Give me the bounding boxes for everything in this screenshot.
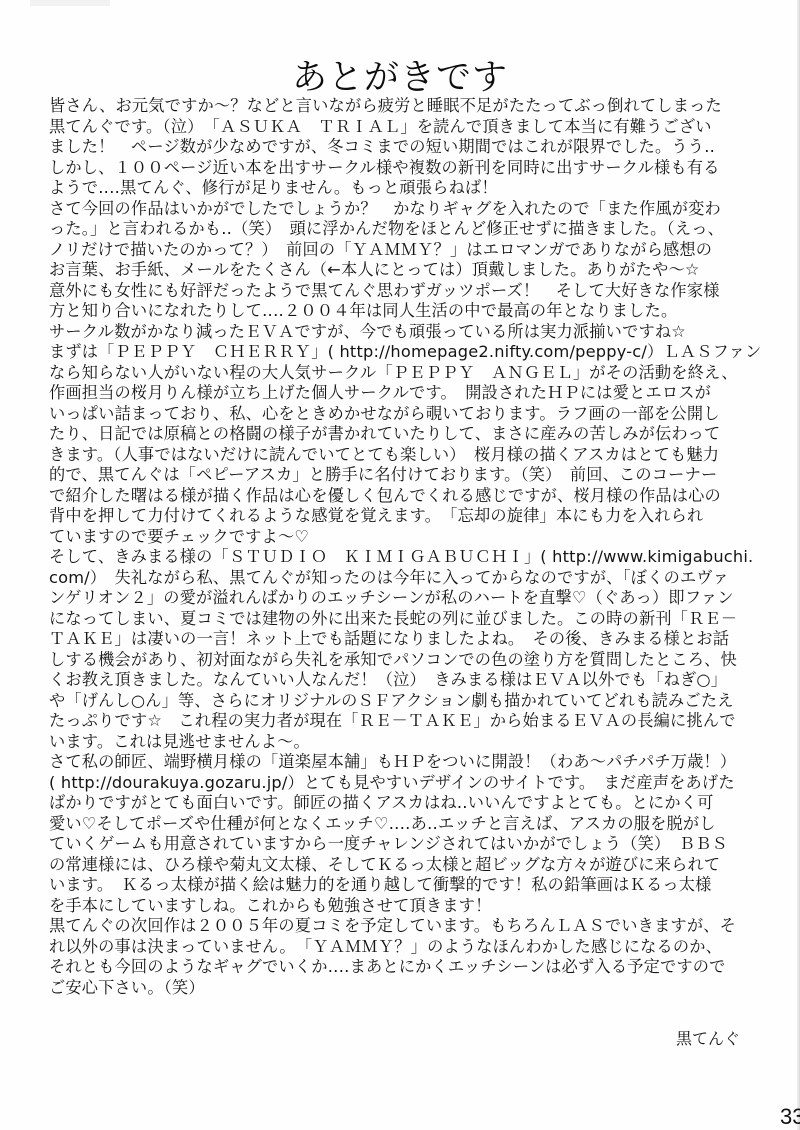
text-line: 的で、黒てんぐは「ペピーアスカ」と勝手に名付けております。（笑） 前回、このコー…: [49, 465, 769, 486]
text-line: お言葉、お手紙、メールをたくさん（←本人にとっては）頂戴しました。ありがたや～☆: [49, 260, 769, 281]
text-line: 意外にも女性にも好評だったようで黒てんぐ思わずガッツポーズ！ そして大好きな作家…: [49, 281, 769, 302]
text-line: れ以外の事は決まっていません。 「ＹＡＭＭＹ？」のようなほんわかした感じになるの…: [49, 937, 769, 958]
text-line: 黒てんぐです。（泣） 「ＡＳＵＫＡ ＴＲＩＡＬ」を読んで頂きまして本当に有難うご…: [49, 117, 769, 138]
author-signature: 黒てんぐ: [676, 1028, 740, 1050]
scan-artifact: [30, 0, 110, 6]
text-line: ました！ ページ数が少なめですが、冬コミまでの短い期間ではこれが限界でした。うう…: [49, 137, 769, 158]
text-line: さて私の師匠、端野横月様の「道楽屋本舗」もＨＰをついに開設！（わあ～パチパチ万歳…: [49, 752, 769, 773]
text-line: ていますので要チェックですよ～♡: [49, 527, 769, 548]
text-line: サークル数がかなり減ったＥＶＡですが、今でも頑張っている所は実力派揃いですね☆: [49, 322, 769, 343]
text-line: になってしまい、夏コミでは建物の外に出来た長蛇の列に並びました。この時の新刊「Ｒ…: [49, 609, 769, 630]
text-line: たり、日記では原稿との格闘の様子が書かれていたりして、まさに産みの苦しみが伝わっ…: [49, 424, 769, 445]
afterword-body: 皆さん、お元気ですか～？などと言いながら疲労と睡眠不足がたたってぶっ倒れてしまっ…: [49, 96, 769, 998]
text-line: 黒てんぐの次回作は２００５年の夏コミを予定しています。もちろんＬＡＳでいきますが…: [49, 916, 769, 937]
text-line: ていくゲームも用意されていますから一度チャレンジされてはいかがでしょう（笑） Ｂ…: [49, 834, 769, 855]
text-line: ようで‥‥黒てんぐ、修行が足りません。もっと頑張らねば！: [49, 178, 769, 199]
text-line: ばかりですがとても面白いです。師匠の描くアスカはね‥いいんですよとても。とにかく…: [49, 793, 769, 814]
text-line: を手本にしていますしね。これからも勉強させて頂きます！: [49, 896, 769, 917]
page-number: 33: [780, 1104, 800, 1130]
afterword-page: あとがきです 皆さん、お元気ですか～？などと言いながら疲労と睡眠不足がたたってぶ…: [0, 0, 800, 1130]
text-line: で紹介した曙はる様が描く作品は心を優しく包んでくれる感じですが、桜月様の作品は心…: [49, 486, 769, 507]
text-line: それとも今回のようなギャグでいくか‥‥まあとにかくエッチシーンは必ず入る予定です…: [49, 957, 769, 978]
text-line: しする機会があり、初対面ながら失礼を承知でパソコンでの色の塗り方を質問したところ…: [49, 650, 769, 671]
text-line: 背中を押して力付けてくれるような感覚を覚えます。 「忘却の旋律」本にも力を入れら…: [49, 506, 769, 527]
text-line: まずは「ＰＥＰＰＹ ＣＨＥＲＲＹ」( http://homepage2.nift…: [49, 342, 769, 363]
text-line: 作画担当の桜月りん様が立ち上げた個人サークルです。 開設されたＨＰには愛とエロス…: [49, 383, 769, 404]
text-line: 皆さん、お元気ですか～？などと言いながら疲労と睡眠不足がたたってぶっ倒れてしまっ…: [49, 96, 769, 117]
text-line: たっぷりです☆ これ程の実力者が現在「ＲＥ－ＴＡＫＥ」から始まるＥＶＡの長編に挑…: [49, 711, 769, 732]
text-line: ＴＡＫＥ」は凄いの一言！ネット上でも話題になりましたよね。 その後、きみまる様と…: [49, 629, 769, 650]
text-line: なら知らない人がいない程の大人気サークル「ＰＥＰＰＹ ＡＮＧＥＬ」がその活動を終…: [49, 363, 769, 384]
text-line: いっぱい詰まっており、私、心をときめかせながら覗いております。ラフ画の一部を公開…: [49, 404, 769, 425]
text-line: ご安心下さい。（笑）: [49, 978, 769, 999]
text-line: や「げんし○ん」等、さらにオリジナルのＳＦアクション劇も描かれていてどれも読みご…: [49, 691, 769, 712]
text-line: います。 Ｋるっ太様が描く絵は魅力的を通り越して衝撃的です！私の鉛筆画はＫるっ太…: [49, 875, 769, 896]
text-line: com/） 失礼ながら私、黒てんぐが知ったのは今年に入ってからなのですが、「ぼく…: [49, 568, 769, 589]
text-line: 方と知り合いになれたりして‥‥２００４年は同人生活の中で最高の年となりました。: [49, 301, 769, 322]
text-line: くお教え頂きました。なんていい人なんだ！（泣） きみまる様はＥＶＡ以外でも「ねぎ…: [49, 670, 769, 691]
text-line: ( http://dourakuya.gozaru.jp/）とても見やすいデザイ…: [49, 773, 769, 794]
text-line: の常連様には、ひろ様や菊丸文太様、そしてＫるっ太様と超ビッグな方々が遊びに来られ…: [49, 855, 769, 876]
text-line: きます。（人事ではないだけに読んでいてとても楽しい） 桜月様の描くアスカはとても…: [49, 445, 769, 466]
text-line: そして、きみまる様の「ＳＴＵＤＩＯ ＫＩＭＩＧＡＢＵＣＨＩ」( http://w…: [49, 547, 769, 568]
text-line: います。これは見逃せませんよ～。: [49, 732, 769, 753]
text-line: った。」と言われるかも‥（笑） 頭に浮かんだ物をほとんど修正せずに描きました。（…: [49, 219, 769, 240]
text-line: ンゲリオン２」の愛が溢れんばかりのエッチシーンが私のハートを直撃♡（ぐあっ）即フ…: [49, 588, 769, 609]
text-line: ノリだけで描いたのかって？） 前回の「ＹＡＭＭＹ？」はエロマンガでありながら感想…: [49, 240, 769, 261]
text-line: 愛い♡そしてポーズや仕種が何となくエッチ♡‥‥あ‥エッチと言えば、アスカの服を脱…: [49, 814, 769, 835]
text-line: しかし、１００ページ近い本を出すサークル様や複数の新刊を同時に出すサークル様も有…: [49, 158, 769, 179]
text-line: さて今回の作品はいかがでしたでしょうか？ かなりギャグを入れたので「また作風が変…: [49, 199, 769, 220]
